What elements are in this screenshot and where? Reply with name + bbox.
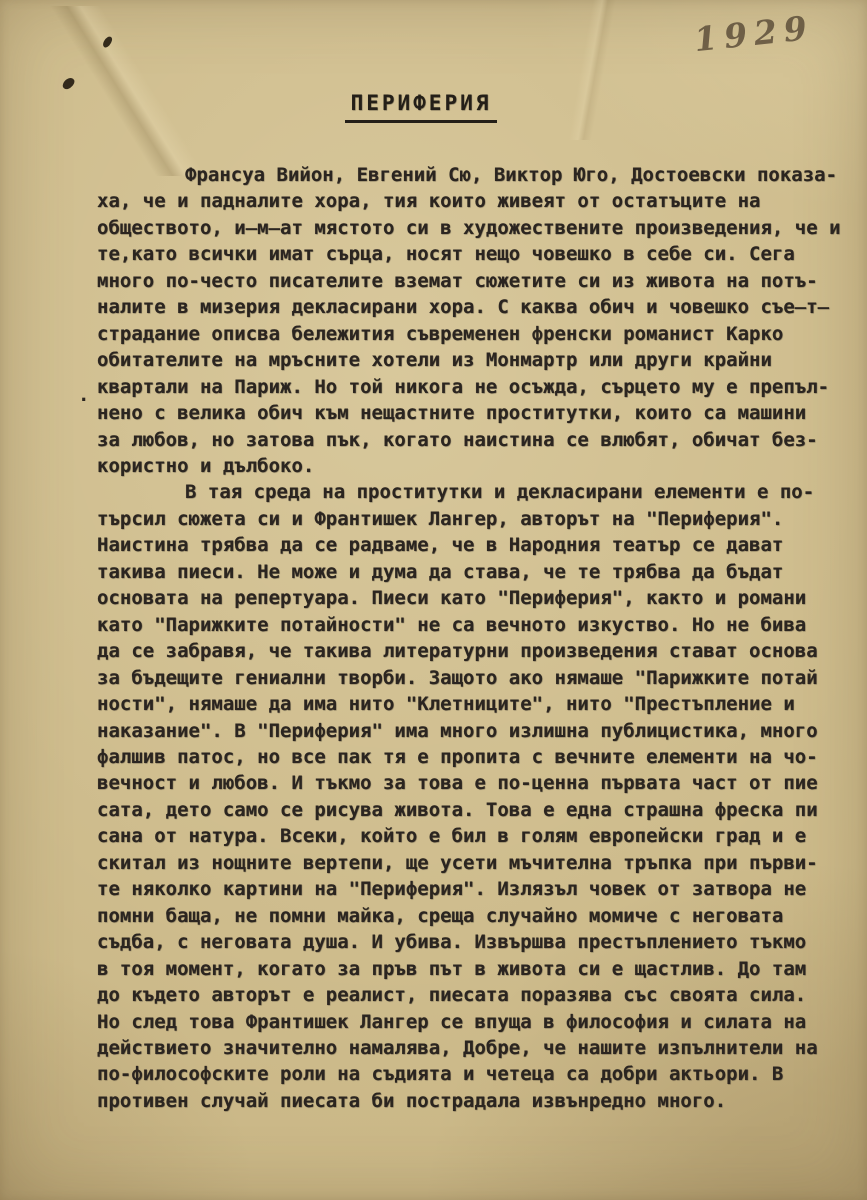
document-page: 1929 ПЕРИФЕРИЯ Франсуа Вийон, Евгений Сю… — [0, 0, 867, 1200]
title-row: ПЕРИФЕРИЯ — [0, 91, 842, 123]
handwritten-year: 1929 — [692, 8, 815, 59]
paper-tear-speck — [102, 35, 114, 49]
paragraph-2: В тая среда на проститутки и декласирани… — [97, 479, 851, 1114]
paragraph-1: Франсуа Вийон, Евгений Сю, Виктор Юго, Д… — [97, 162, 851, 479]
margin-dot: · — [78, 389, 89, 411]
document-title: ПЕРИФЕРИЯ — [345, 91, 498, 123]
paper-tear-speck — [61, 76, 76, 92]
document-body: Франсуа Вийон, Евгений Сю, Виктор Юго, Д… — [97, 162, 851, 1114]
